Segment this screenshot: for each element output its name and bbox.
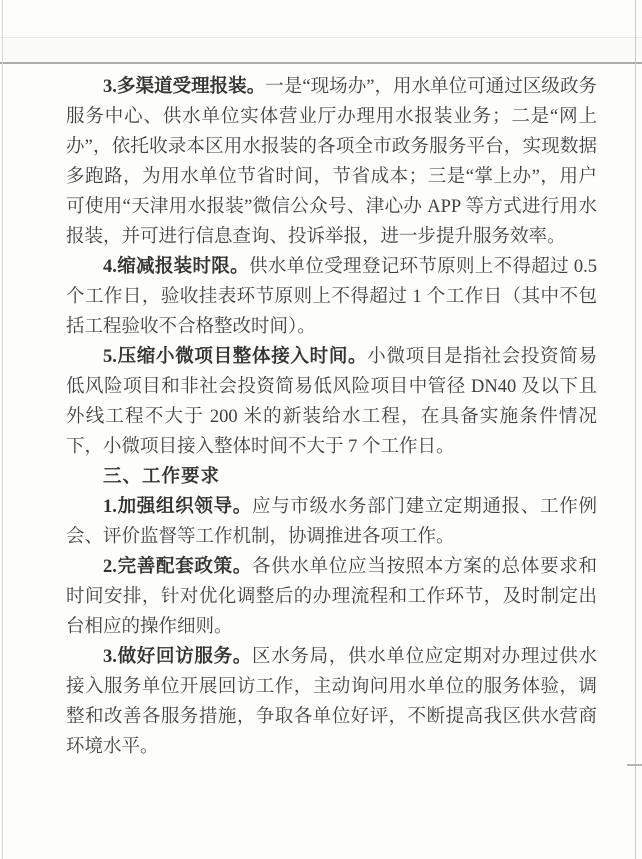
scan-horizontal-rule-dark: [0, 62, 642, 64]
document-paragraph: 2.完善配套政策。各供水单位应当按照本方案的总体要求和时间安排，针对优化调整后的…: [66, 552, 597, 642]
document-body: 3.多渠道受理报装。一是“现场办”，用水单位可通过区级政务服务中心、供水单位实体…: [66, 72, 597, 762]
paragraph-lead: 2.完善配套政策。: [103, 557, 252, 577]
scan-horizontal-rule-faint: [0, 37, 642, 38]
paragraph-lead: 3.做好回访服务。: [103, 647, 252, 667]
section-heading: 三、工作要求: [66, 462, 597, 492]
paragraph-lead: 1.加强组织领导。: [103, 497, 252, 517]
paragraph-text: 一是“现场办”，用水单位可通过区级政务服务中心、供水单位实体营业厅办理用水报装业…: [66, 77, 597, 247]
paragraph-lead: 三、工作要求: [103, 467, 220, 487]
document-paragraph: 4.缩减报装时限。供水单位受理登记环节原则上不得超过 0.5 个工作日，验收挂表…: [66, 252, 597, 342]
document-paragraph: 3.多渠道受理报装。一是“现场办”，用水单位可通过区级政务服务中心、供水单位实体…: [66, 72, 597, 252]
paragraph-lead: 5.压缩小微项目整体接入时间。: [103, 347, 367, 367]
document-paragraph: 1.加强组织领导。应与市级水务部门建立定期通报、工作例会、评价监督等工作机制，协…: [66, 492, 597, 552]
scan-right-edge-line: [635, 0, 636, 859]
scan-left-edge-line: [2, 0, 3, 859]
document-paragraph: 3.做好回访服务。区水务局，供水单位应定期对办理过供水接入服务单位开展回访工作，…: [66, 642, 597, 762]
scan-top-band: [0, 38, 642, 62]
paragraph-lead: 4.缩减报装时限。: [103, 257, 249, 277]
scan-artifact-tick: [627, 764, 642, 766]
document-paragraph: 5.压缩小微项目整体接入时间。小微项目是指社会投资简易低风险项目和非社会投资简易…: [66, 342, 597, 462]
paragraph-lead: 3.多渠道受理报装。: [103, 77, 265, 97]
scanned-document-page: 3.多渠道受理报装。一是“现场办”，用水单位可通过区级政务服务中心、供水单位实体…: [0, 0, 642, 859]
